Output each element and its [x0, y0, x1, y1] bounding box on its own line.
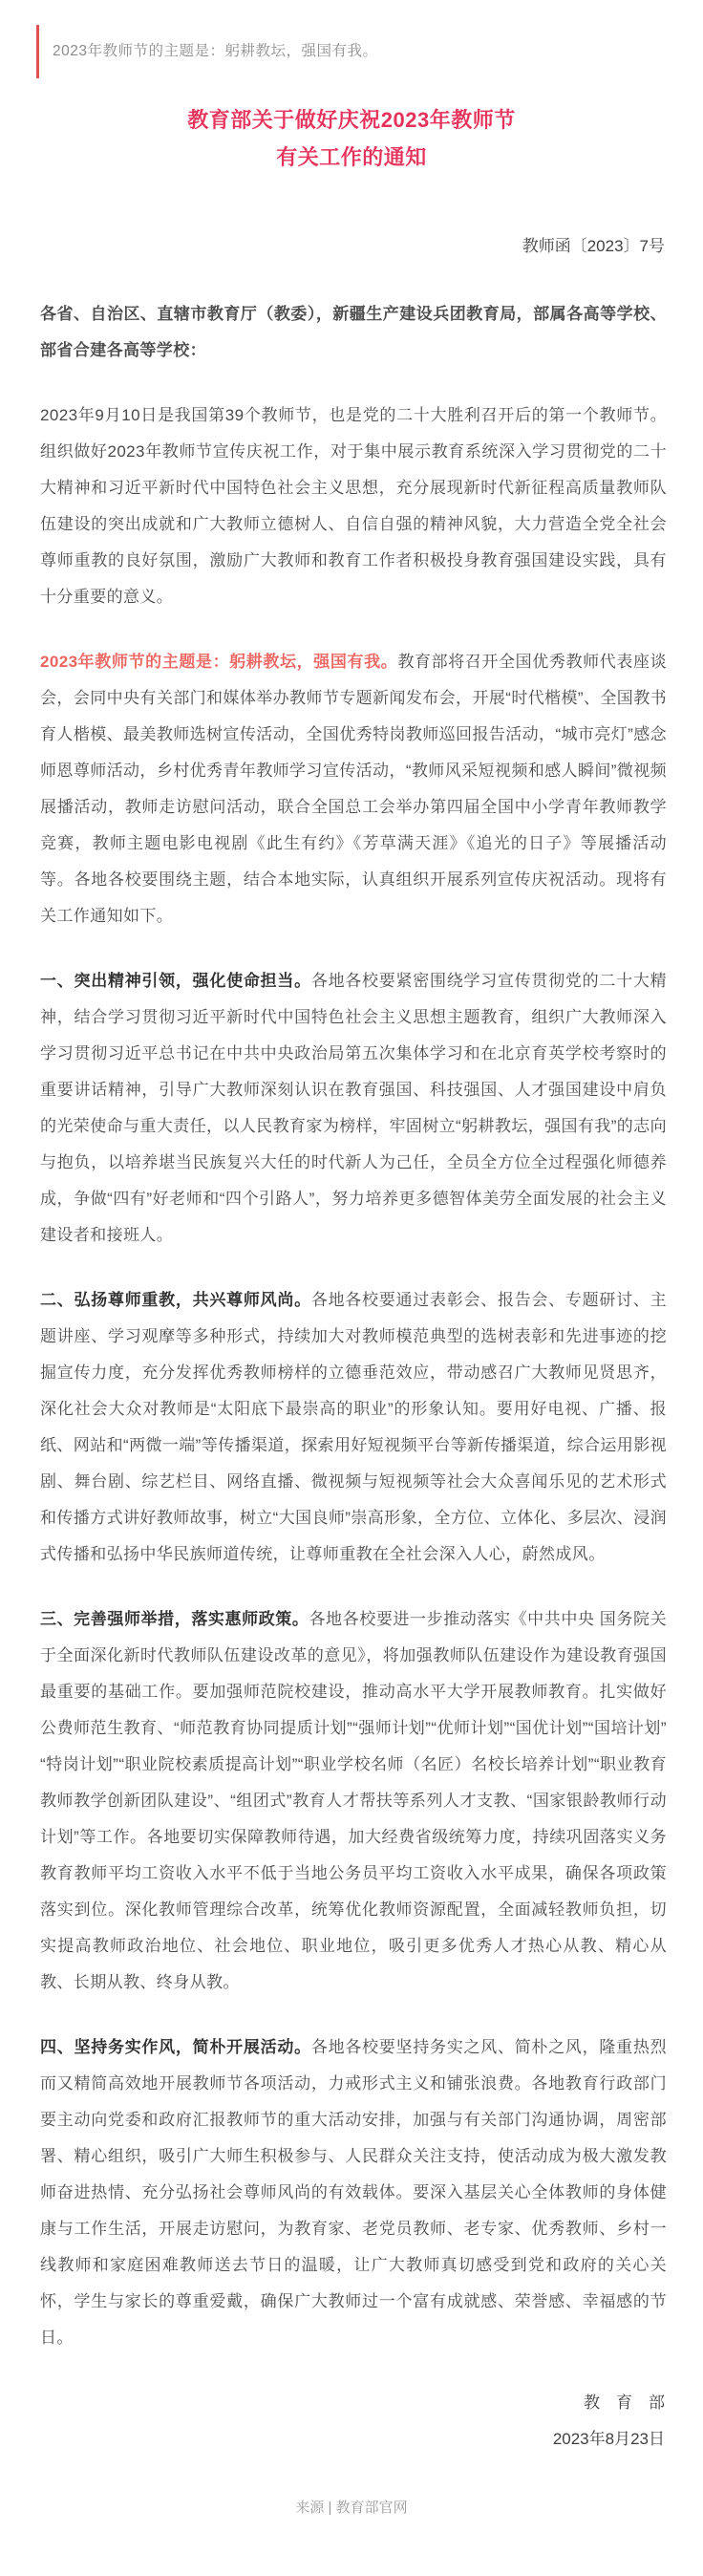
signature-org: 教 育 部: [0, 2385, 665, 2421]
title-line-1: 教育部关于做好庆祝2023年教师节: [0, 101, 703, 139]
salutation: 各省、自治区、直辖市教育厅（教委），新疆生产建设兵团教育局，部属各高等学校、部省…: [40, 296, 667, 369]
section-1-heading: 一、突出精神引领，强化使命担当。: [40, 972, 311, 990]
paragraph-theme: 2023年教师节的主题是：躬耕教坛，强国有我。教育部将召开全国优秀教师代表座谈会…: [40, 644, 667, 934]
section-4: 四、坚持务实作风，简朴开展活动。各地各校要坚持务实之风、简朴之风，隆重热烈而又精…: [40, 2029, 667, 2356]
theme-highlight-text: 2023年教师节的主题是：躬耕教坛，强国有我。: [40, 653, 397, 671]
theme-rest-text: 教育部将召开全国优秀教师代表座谈会，会同中央有关部门和媒体举办教师节专题新闻发布…: [40, 653, 667, 925]
document-title: 教育部关于做好庆祝2023年教师节 有关工作的通知: [0, 101, 703, 176]
document-body: 各省、自治区、直辖市教育厅（教委），新疆生产建设兵团教育局，部属各高等学校、部省…: [0, 296, 703, 2356]
section-1: 一、突出精神引领，强化使命担当。各地各校要紧密围绕学习宣传贯彻党的二十大精神，结…: [40, 963, 667, 1254]
section-3: 三、完善强师举措，落实惠师政策。各地各校要进一步推动落实《中共中央 国务院关于全…: [40, 1601, 667, 2001]
section-2-body: 各地各校要通过表彰会、报告会、专题研讨、主题讲座、学习观摩等多种形式，持续加大对…: [40, 1291, 667, 1563]
theme-quote-text: 2023年教师节的主题是：躬耕教坛，强国有我。: [53, 43, 377, 59]
signature-block: 教 育 部 2023年8月23日: [0, 2385, 703, 2458]
notice-document: 2023年教师节的主题是：躬耕教坛，强国有我。 教育部关于做好庆祝2023年教师…: [0, 0, 703, 2576]
paragraph-intro: 2023年9月10日是我国第39个教师节，也是党的二十大胜利召开后的第一个教师节…: [40, 397, 667, 615]
section-2: 二、弘扬尊师重教，共兴尊师风尚。各地各校要通过表彰会、报告会、专题研讨、主题讲座…: [40, 1282, 667, 1573]
section-4-body: 各地各校要坚持务实之风、简朴之风，隆重热烈而又精简高效地开展教师节各项活动，力戒…: [40, 2038, 667, 2347]
section-3-body: 各地各校要进一步推动落实《中共中央 国务院关于全面深化新时代教师队伍建设改革的意…: [40, 1610, 667, 1991]
section-1-body: 各地各校要紧密围绕学习宣传贯彻党的二十大精神，结合学习贯彻习近平新时代中国特色社…: [40, 972, 667, 1244]
document-number: 教师函〔2023〕7号: [0, 235, 665, 258]
section-4-heading: 四、坚持务实作风，简朴开展活动。: [40, 2038, 311, 2056]
section-2-heading: 二、弘扬尊师重教，共兴尊师风尚。: [40, 1291, 311, 1309]
theme-quote-block: 2023年教师节的主题是：躬耕教坛，强国有我。: [36, 25, 663, 78]
section-3-heading: 三、完善强师举措，落实惠师政策。: [40, 1610, 309, 1628]
signature-date: 2023年8月23日: [0, 2421, 665, 2458]
title-line-2: 有关工作的通知: [0, 139, 703, 176]
source-footer: 来源 | 教育部官网: [0, 2498, 703, 2576]
